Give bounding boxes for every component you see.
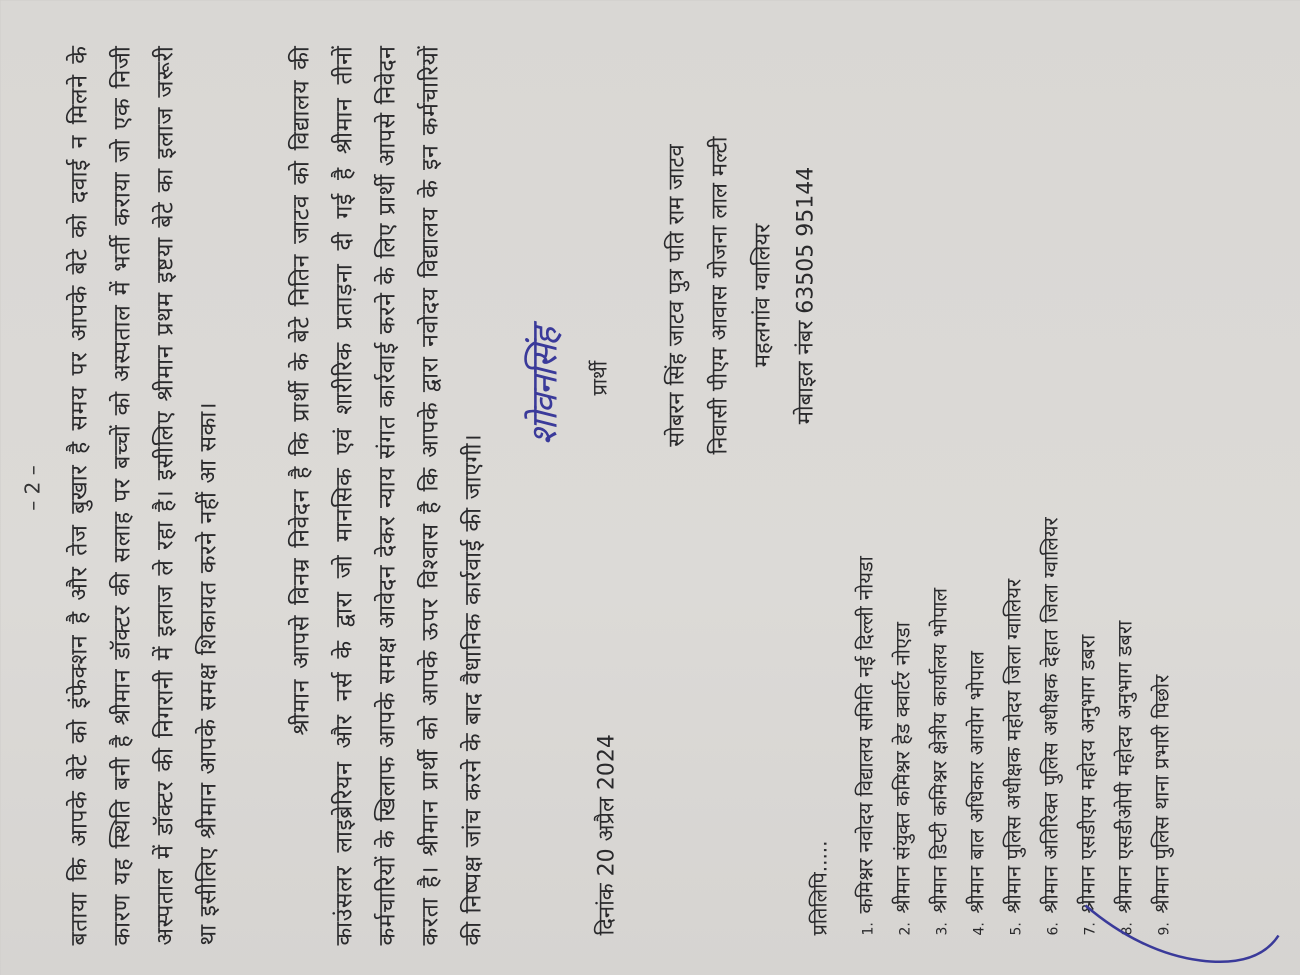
sender-block: सोबरन सिंह जाटव पुत्र पति राम जाटव निवास…: [655, 85, 827, 505]
copy-list: 1.कमिश्नर नवोदय विद्यालय समिति नई दिल्ली…: [848, 35, 1181, 935]
letter-page: – 2 – बताया कि आपके बेटे को इंफेक्शन है …: [0, 0, 1300, 975]
handwritten-signature: शोवनसिंह: [518, 328, 567, 445]
copy-item: 4.श्रीमान बाल अधिकार आयोग भोपाल: [959, 35, 996, 935]
page-number: – 2 –: [20, 0, 44, 975]
copy-item: 8.श्रीमान एसडीओपी महोदय अनुभाग डबरा: [1107, 35, 1144, 935]
sender-mobile: मोबाइल नंबर 63505 95144: [784, 85, 827, 505]
copy-item: 3.श्रीमान डिप्टी कमिश्नर क्षेत्रीय कार्य…: [922, 35, 959, 935]
body-paragraph-2: श्रीमान आपसे विनम्र निवेदन है कि प्रार्थ…: [280, 45, 495, 945]
sender-address-line-2: महलगांव ग्वालियर: [741, 85, 784, 505]
copy-item: 2.श्रीमान संयुक्त कमिश्नर हेड क्वार्टर न…: [885, 35, 922, 935]
copy-heading: प्रतिलिपि.....: [805, 840, 832, 935]
copy-item: 7.श्रीमान एसडीएम महोदय अनुभाग डबरा: [1070, 35, 1107, 935]
copy-item: 6.श्रीमान अतिरिक्त पुलिस अधीक्षक देहात ज…: [1033, 35, 1070, 935]
copy-item: 9.श्रीमान पुलिस थाना प्रभारी पिछोर: [1144, 35, 1181, 935]
body-paragraph-1: बताया कि आपके बेटे को इंफेक्शन है और तेज…: [58, 45, 230, 945]
copy-item: 5.श्रीमान पुलिस अधीक्षक महोदय जिला ग्वाल…: [996, 35, 1033, 935]
copy-item: 1.कमिश्नर नवोदय विद्यालय समिति नई दिल्ली…: [848, 35, 885, 935]
sender-name: सोबरन सिंह जाटव पुत्र पति राम जाटव: [655, 85, 698, 505]
letter-date: दिनांक 20 अप्रैल 2024: [590, 734, 620, 935]
pen-stroke-mark: [1080, 855, 1280, 975]
sender-address-line-1: निवासी पीएम आवास योजना लाल मल्टी: [698, 85, 741, 505]
applicant-label: प्रार्थी: [585, 360, 612, 395]
